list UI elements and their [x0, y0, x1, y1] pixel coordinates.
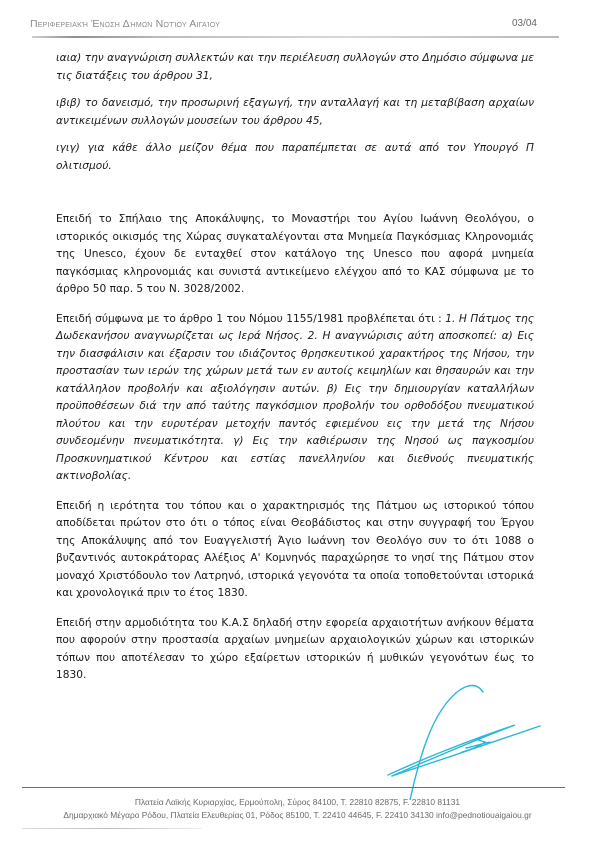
header-title: Περιφερειακή Ένωση Δήμων Νοτίου Αιγαίου — [30, 18, 220, 30]
list-item: ιγιγ) για κάθε άλλο μείζον θέμα που παρα… — [56, 140, 534, 175]
paragraph-unesco: Επειδή το Σπήλαιο της Αποκάλυψης, το Μον… — [56, 211, 534, 299]
page-number: 03/04 — [512, 18, 537, 29]
footer-divider — [22, 787, 565, 788]
law-quote: 1. Η Πάτμος της Δωδεκανήσου αναγνωρίζετα… — [56, 313, 534, 483]
paragraph-kas-competence: Επειδή στην αρμοδιότητα του Κ.Α.Σ δηλαδή… — [56, 615, 534, 685]
paragraph-patmos-history: Επειδή η ιερότητα του τόπου και ο χαρακτ… — [56, 498, 534, 603]
paragraph-law-1155: Επειδή σύμφωνα με το άρθρο 1 του Νόμου 1… — [56, 311, 534, 486]
footer-address-syros: Πλατεία Λαϊκής Κυριαρχίας, Ερμούπολη, Σύ… — [0, 796, 595, 809]
list-item: ιαια) την αναγνώριση συλλεκτών και την π… — [56, 50, 534, 85]
footer-address-rhodes: Δημαρχιακό Μέγαρο Ρόδου, Πλατεία Ελευθερ… — [0, 809, 595, 822]
header-divider — [32, 36, 559, 38]
list-item: ιβιβ) το δανεισμό, την προσωρινή εξαγωγή… — [56, 95, 534, 130]
bottom-divider — [22, 828, 202, 829]
document-body: ιαια) την αναγνώριση συλλεκτών και την π… — [56, 50, 534, 685]
signature-icon — [380, 680, 560, 800]
paragraph-intro: Επειδή σύμφωνα με το άρθρο 1 του Νόμου 1… — [56, 313, 445, 325]
page-header: Περιφερειακή Ένωση Δήμων Νοτίου Αιγαίου … — [22, 10, 573, 34]
page-footer: Πλατεία Λαϊκής Κυριαρχίας, Ερμούπολη, Σύ… — [0, 796, 595, 822]
